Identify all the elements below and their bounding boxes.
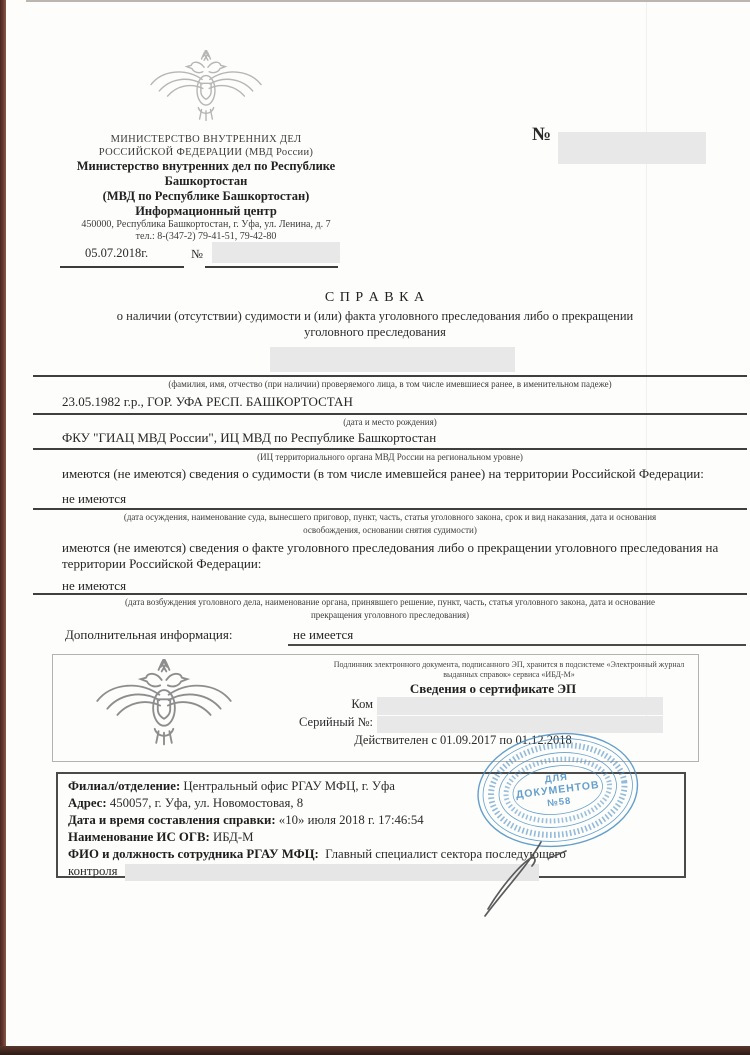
cert-emblem-icon <box>78 659 250 756</box>
system-label: Наименование ИС ОГВ: <box>68 830 210 844</box>
prosecution-caption-line1: (дата возбуждения уголовного дела, наиме… <box>33 597 747 608</box>
document-subtitle-line2: уголовного преследования <box>30 324 720 340</box>
system-value: ИБД-М <box>213 830 253 844</box>
address-value: 450057, г. Уфа, ул. Новомостовая, 8 <box>110 796 303 810</box>
document-subtitle-line1: о наличии (отсутствии) судимости и (или)… <box>30 308 720 324</box>
branch-value: Центральный офис РГАУ МФЦ, г. Уфа <box>183 779 395 793</box>
additional-info-underline <box>288 644 746 646</box>
document-title-block: С П Р А В К А о наличии (отсутствии) суд… <box>30 290 720 340</box>
person-name-redacted <box>270 347 515 372</box>
additional-info-label: Дополнительная информация: <box>65 627 232 643</box>
cert-owner-redacted <box>377 697 663 715</box>
issuing-org-value: ФКУ "ГИАЦ МВД России", ИЦ МВД по Республ… <box>62 430 436 446</box>
org-name-line2: Башкортостан <box>50 174 362 189</box>
branch-label: Филиал/отделение: <box>68 779 180 793</box>
signature-stroke <box>463 836 593 924</box>
conviction-question: имеются (не имеются) сведения о судимост… <box>62 466 746 482</box>
prosecution-question: имеются (не имеются) сведения о факте уг… <box>62 540 750 571</box>
paper-crease <box>646 2 647 732</box>
doc-number-label: № <box>532 124 551 146</box>
birth-value: 23.05.1982 г.р., ГОР. УФА РЕСП. БАШКОРТО… <box>62 394 353 410</box>
datetime-label: Дата и время составления справки: <box>68 813 276 827</box>
prosecution-answer: не имеются <box>62 578 126 594</box>
org-name-line1: Министерство внутренних дел по Республик… <box>50 159 362 174</box>
photo-bottom-edge <box>0 1046 750 1055</box>
cert-owner-label: Ком <box>253 697 373 712</box>
photo-top-edge <box>26 0 750 2</box>
separator-line <box>33 448 747 450</box>
conviction-caption-line1: (дата осуждения, наименование суда, выне… <box>33 512 747 523</box>
org-name-line3: (МВД по Республике Башкортостан) <box>50 189 362 204</box>
scanned-document-page: МИНИСТЕРСТВО ВНУТРЕННИХ ДЕЛ РОССИЙСКОЙ Ф… <box>0 0 750 1055</box>
address-label: Адрес: <box>68 796 107 810</box>
officer-value-continuation: контроля <box>68 864 117 878</box>
org-address: 450000, Республика Башкортостан, г. Уфа,… <box>50 219 362 231</box>
letterhead: МИНИСТЕРСТВО ВНУТРЕННИХ ДЕЛ РОССИЙСКОЙ Ф… <box>50 50 362 243</box>
issue-date-underline <box>60 266 184 268</box>
fio-caption: (фамилия, имя, отчество (при наличии) пр… <box>33 379 747 390</box>
birth-caption: (дата и место рождения) <box>33 417 747 428</box>
conviction-answer: не имеются <box>62 491 126 507</box>
ministry-name-line1: МИНИСТЕРСТВО ВНУТРЕННИХ ДЕЛ <box>50 134 362 147</box>
org-name-line4: Информационный центр <box>50 204 362 219</box>
separator-line <box>33 375 747 377</box>
cert-serial-label: Серийный №: <box>253 715 373 730</box>
ministry-name-line2: РОССИЙСКОЙ ФЕДЕРАЦИИ (МВД России) <box>50 147 362 160</box>
officer-label: ФИО и должность сотрудника РГАУ МФЦ: <box>68 847 319 861</box>
doc-number-redacted-value <box>558 132 706 164</box>
separator-line <box>33 593 747 595</box>
cert-note-line1: Подлинник электронного документа, подпис… <box>283 660 735 670</box>
reg-number-redacted-value <box>212 242 340 263</box>
reg-number-label: № <box>191 247 203 262</box>
separator-line <box>33 508 747 510</box>
issuing-org-caption: (ИЦ территориального органа МВД России н… <box>33 452 747 463</box>
photo-left-edge <box>0 0 6 1055</box>
additional-info-value: не имеется <box>293 627 353 643</box>
reg-number-underline <box>205 266 338 268</box>
cert-note-line2: выданных справок» сервиса «ИБД-М» <box>283 670 735 680</box>
document-title: С П Р А В К А <box>30 290 720 306</box>
conviction-caption-line2: освобождения, основании снятия судимости… <box>33 525 747 536</box>
stamp-text-line3: №58 <box>547 795 572 809</box>
datetime-value: «10» июля 2018 г. 17:46:54 <box>279 813 424 827</box>
separator-line <box>33 413 747 415</box>
prosecution-caption-line2: прекращения уголовного преследования) <box>33 610 747 621</box>
issue-date: 05.07.2018г. <box>85 246 148 261</box>
cert-title: Сведения о сертификате ЭП <box>268 681 718 697</box>
mvd-emblem-icon <box>142 50 270 130</box>
